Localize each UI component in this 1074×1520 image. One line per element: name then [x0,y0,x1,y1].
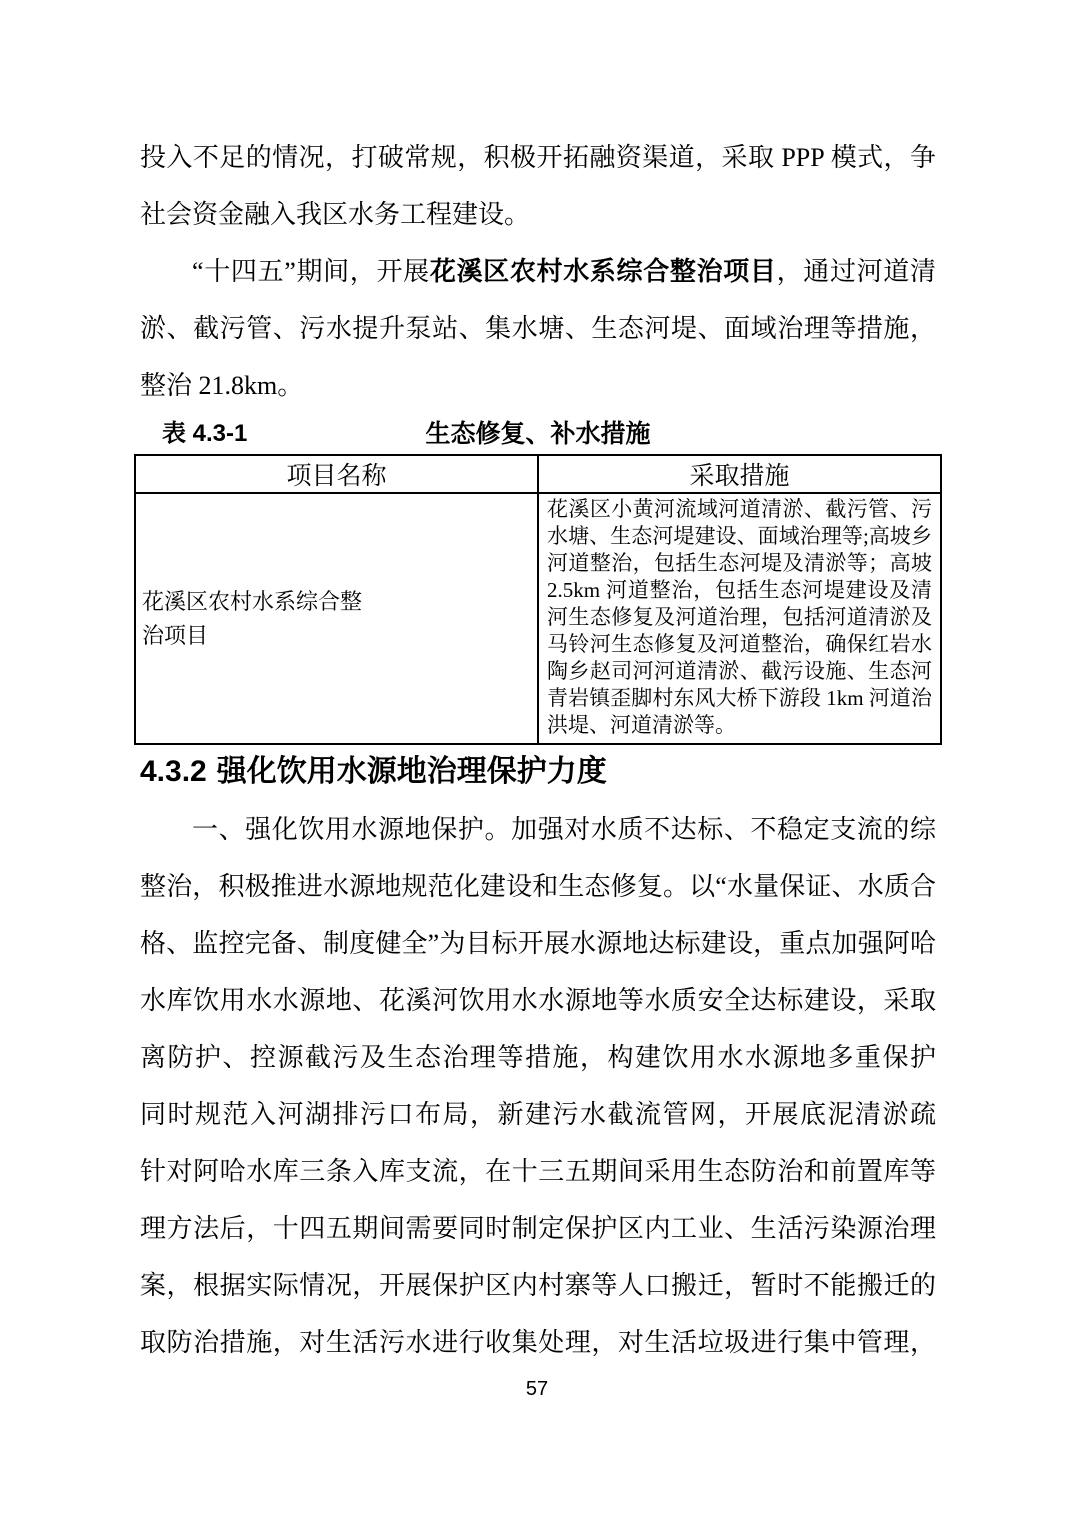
text-line: 马铃河生态修复及河道整治，确保红岩水库水质达标。黔 [547,631,932,658]
paragraph-water-source-protection: 一、强化饮用水源地保护。加强对水质不达标、不稳定支流的综合整治，积极推进水源地规… [140,801,936,1371]
paragraph-project-pre: “十四五”期间，开展 [192,257,430,286]
project-name-bold: 花溪区农村水系综合整治项目 [430,256,777,286]
text-line: 投入不足的情况，打破常规，积极开拓融资渠道，采取 PPP 模式，争取 [140,129,936,186]
text-line: 一、强化饮用水源地保护。加强对水质不达标、不稳定支流的综合 [140,801,936,858]
table-cell-measures: 花溪区小黄河流域河道清淤、截污管、污水提升泵站、集水塘、生态河堤建设、面域治理等… [538,493,941,744]
table-caption-title: 生态修复、补水措施 [425,420,650,448]
paragraph-project-post: ，通过河道清 [777,257,936,286]
table-header-row: 项目名称 采取措施 [135,455,941,493]
text-line: 治项目 [142,619,531,653]
text-line: 理方法后，十四五期间需要同时制定保护区内工业、生活污染源治理方 [140,1200,936,1257]
text-line: 河道整治，包括生态河堤及清淤等；高坡乡街上村境内 [547,550,932,577]
text-line: 格、监控完备、制度健全”为目标开展水源地达标建设，重点加强阿哈 [140,915,936,972]
table-caption-label: 表 4.3-1 [162,418,247,450]
page-content: 投入不足的情况，打破常规，积极开拓融资渠道，采取 PPP 模式，争取社会资金融入… [140,129,936,1371]
text-line: 淤、截污管、污水提升泵站、集水塘、生态河堤、面域治理等措施，共 [140,300,936,357]
paragraph-project-line1: “十四五”期间，开展花溪区农村水系综合整治项目，通过河道清 [140,243,936,300]
table-row: 花溪区农村水系综合整治项目 花溪区小黄河流域河道清淤、截污管、污水提升泵站、集水… [135,493,941,744]
text-line: 同时规范入河湖排污口布局，新建污水截流管网，开展底泥清淤疏浚； [140,1086,936,1143]
text-line: 花溪区小黄河流域河道清淤、截污管、污水提升泵站、集 [547,496,932,523]
text-line: 青岩镇歪脚村东风大桥下游段 1km 河道治理，包括修建防 [547,685,932,712]
measures-table: 项目名称 采取措施 花溪区农村水系综合整治项目 花溪区小黄河流域河道清淤、截污管… [134,454,942,745]
text-line: 水库饮用水水源地、花溪河饮用水水源地等水质安全达标建设，采取隔 [140,972,936,1029]
text-line: 整治，积极推进水源地规范化建设和生态修复。以“水量保证、水质合 [140,858,936,915]
text-line: 陶乡赵司河河道清淤、截污设施、生态河堤、面域治理等。 [547,658,932,685]
text-line: 离防护、控源截污及生态治理等措施，构建饮用水水源地多重保护线。 [140,1029,936,1086]
paragraph-project-rest: 淤、截污管、污水提升泵站、集水塘、生态河堤、面域治理等措施，共整治 21.8km… [140,300,936,414]
table-header-measures: 采取措施 [538,455,941,493]
text-line: 水塘、生态河堤建设、面域治理等;高坡乡硐口村境内 2.6km [547,523,932,550]
table-header-project: 项目名称 [135,455,538,493]
text-line: 河生态修复及河道治理，包括河道清淤及生态河堤建设等; [547,604,932,631]
paragraph-funding-continuation: 投入不足的情况，打破常规，积极开拓融资渠道，采取 PPP 模式，争取社会资金融入… [140,129,936,243]
section-heading-title: 强化饮用水源地治理保护力度 [217,755,607,788]
text-line: 整治 21.8km。 [140,357,936,414]
text-line: 社会资金融入我区水务工程建设。 [140,186,936,243]
section-heading-number: 4.3.2 [140,755,207,788]
text-line: 针对阿哈水库三条入库支流，在十三五期间采用生态防治和前置库等处 [140,1143,936,1200]
table-caption: 表 4.3-1 生态修复、补水措施 [140,418,936,450]
document-page: 投入不足的情况，打破常规，积极开拓融资渠道，采取 PPP 模式，争取社会资金融入… [0,0,1074,1520]
text-line: 2.5km 河道整治，包括生态河堤建设及清淤；花溪区老榜 [547,577,932,604]
page-number: 57 [0,1378,1074,1401]
text-line: 案，根据实际情况，开展保护区内村寨等人口搬迁，暂时不能搬迁的采 [140,1257,936,1314]
section-heading-4-3-2: 4.3.2强化饮用水源地治理保护力度 [140,753,936,791]
table-cell-project-name: 花溪区农村水系综合整治项目 [135,493,538,744]
text-line: 花溪区农村水系综合整 [142,585,531,619]
text-line: 取防治措施，对生活污水进行收集处理，对生活垃圾进行集中管理，对 [140,1314,936,1371]
text-line: 洪堤、河道清淤等。 [547,712,932,739]
